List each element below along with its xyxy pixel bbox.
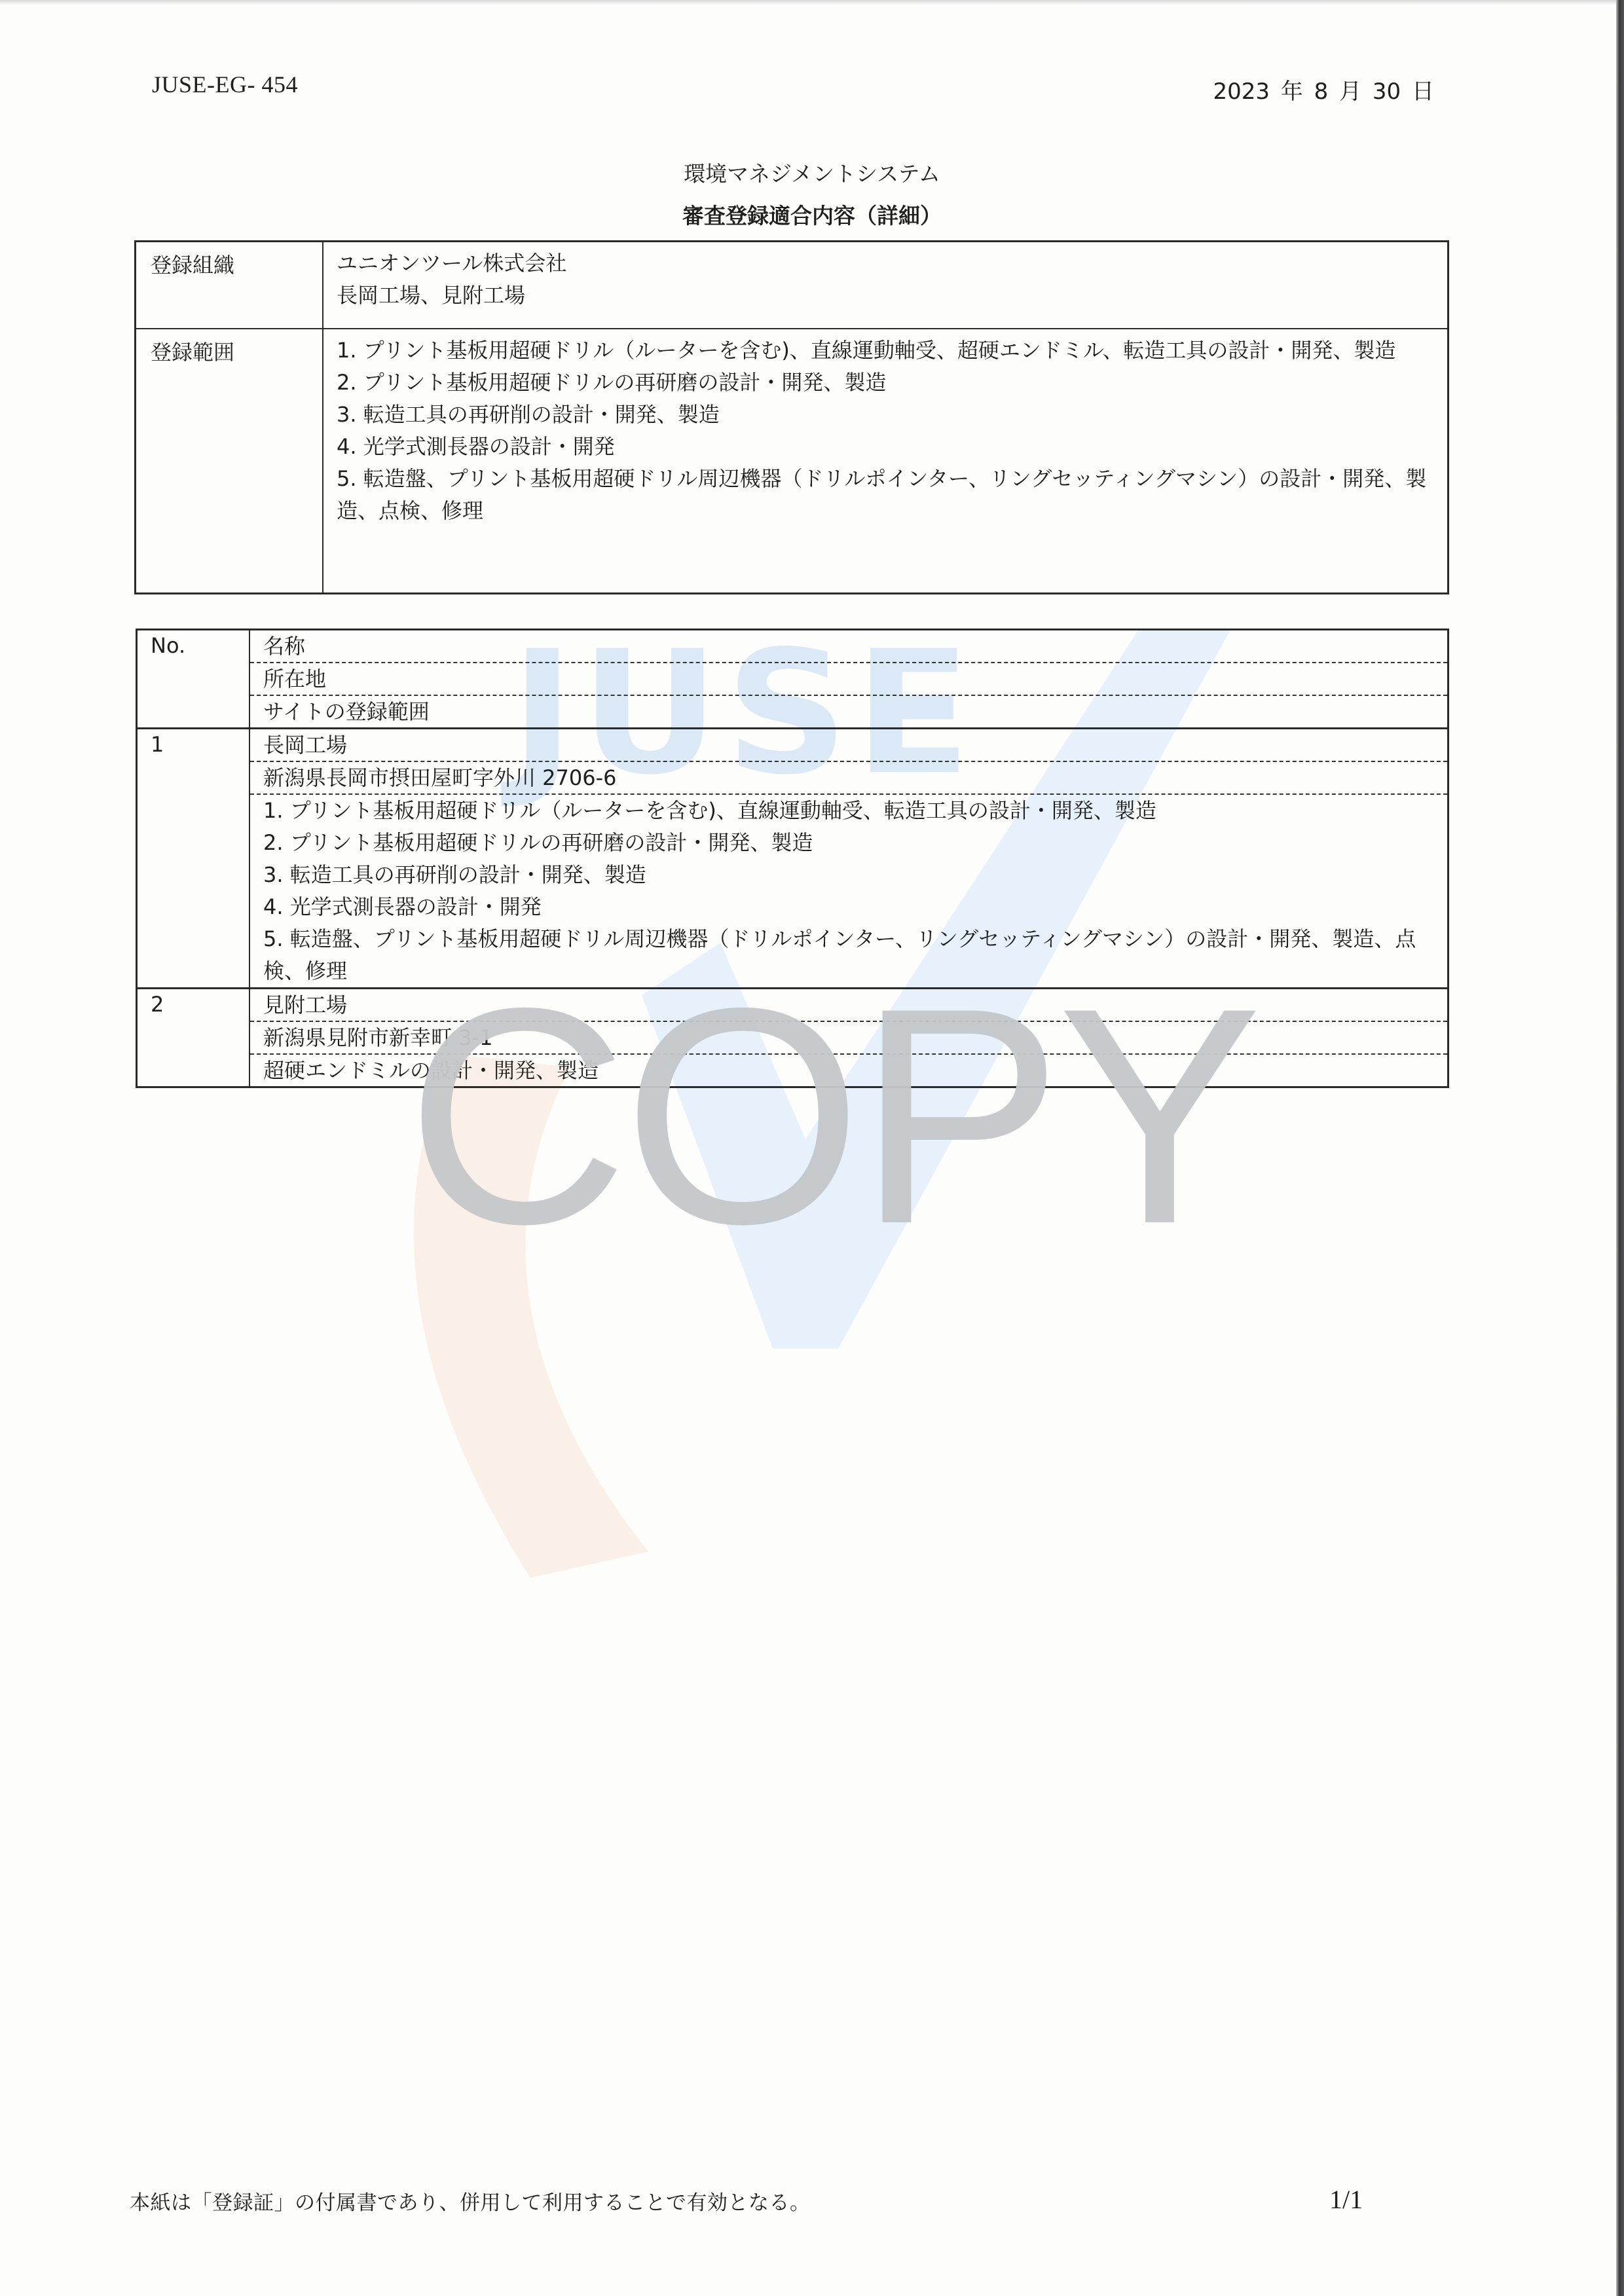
scope-line: 5. 転造盤、プリント基板用超硬ドリル周辺機器（ドリルポインター、リングセッティ… — [337, 463, 1441, 527]
page-subtitle: 審査登録適合内容（詳細） — [0, 199, 1624, 230]
sites-header-row: No. 名称 所在地 サイトの登録範囲 — [137, 630, 1449, 729]
scan-top-shadow — [0, 0, 1624, 5]
page-number: 1/1 — [1329, 2184, 1363, 2215]
scope-value: 1. プリント基板用超硬ドリル（ルーターを含む)、直線運動軸受、超硬エンドミル、… — [323, 329, 1449, 594]
site-scope-line: 5. 転造盤、プリント基板用超硬ドリル周辺機器（ドリルポインター、リングセッティ… — [263, 923, 1447, 987]
site-scope-line: 1. プリント基板用超硬ドリル（ルーターを含む)、直線運動軸受、転造工具の設計・… — [263, 795, 1447, 827]
org-line: ユニオンツール株式会社 — [337, 247, 1441, 280]
scope-line: 4. 光学式測長器の設計・開発 — [337, 431, 1441, 463]
header-location: 所在地 — [250, 663, 1447, 696]
site-location: 新潟県長岡市摂田屋町字外川 2706-6 — [250, 762, 1447, 795]
sites-table: No. 名称 所在地 サイトの登録範囲 1 長岡工場 新潟県長岡市摂田屋町字外川… — [136, 629, 1449, 1088]
site-scope: 1. プリント基板用超硬ドリル（ルーターを含む)、直線運動軸受、転造工具の設計・… — [250, 795, 1447, 987]
header-no: No. — [137, 630, 250, 729]
table-row: 2 見附工場 新潟県見附市新幸町 3-1 超硬エンドミルの設計・開発、製造 — [137, 989, 1449, 1087]
scope-label: 登録範囲 — [136, 329, 323, 594]
scope-line: 1. プリント基板用超硬ドリル（ルーターを含む)、直線運動軸受、超硬エンドミル、… — [337, 335, 1441, 367]
site-name: 長岡工場 — [250, 729, 1447, 762]
org-label: 登録組織 — [136, 242, 323, 329]
page-title: 環境マネジメントシステム — [0, 157, 1624, 188]
header-fields: 名称 所在地 サイトの登録範囲 — [249, 630, 1449, 729]
header-scope: サイトの登録範囲 — [250, 696, 1447, 727]
header-name: 名称 — [250, 630, 1447, 663]
scope-line: 3. 転造工具の再研削の設計・開発、製造 — [337, 399, 1441, 431]
document-date: 2023 年 8 月 30 日 — [1213, 73, 1434, 105]
site-location: 新潟県見附市新幸町 3-1 — [250, 1022, 1447, 1055]
scope-line: 2. プリント基板用超硬ドリルの再研磨の設計・開発、製造 — [337, 367, 1441, 399]
site-scope-line: 4. 光学式測長器の設計・開発 — [263, 891, 1447, 923]
footer-note: 本紙は「登録証」の付属書であり、併用して利用することで有効となる。 — [130, 2186, 811, 2215]
document-id: JUSE-EG- 454 — [152, 71, 298, 98]
site-fields: 見附工場 新潟県見附市新幸町 3-1 超硬エンドミルの設計・開発、製造 — [249, 989, 1449, 1087]
table-row: 1 長岡工場 新潟県長岡市摂田屋町字外川 2706-6 1. プリント基板用超硬… — [137, 729, 1449, 989]
org-value: ユニオンツール株式会社 長岡工場、見附工場 — [323, 242, 1449, 329]
site-scope-line: 2. プリント基板用超硬ドリルの再研磨の設計・開発、製造 — [263, 827, 1447, 859]
table-row-scope: 登録範囲 1. プリント基板用超硬ドリル（ルーターを含む)、直線運動軸受、超硬エ… — [136, 329, 1449, 594]
site-name: 見附工場 — [250, 989, 1447, 1022]
org-line: 長岡工場、見附工場 — [337, 280, 1441, 312]
site-fields: 長岡工場 新潟県長岡市摂田屋町字外川 2706-6 1. プリント基板用超硬ドリ… — [249, 729, 1449, 989]
site-scope: 超硬エンドミルの設計・開発、製造 — [250, 1055, 1447, 1086]
site-no: 1 — [137, 729, 250, 989]
site-scope-line: 3. 転造工具の再研削の設計・開発、製造 — [263, 859, 1447, 891]
scan-edge — [1616, 0, 1624, 2296]
registration-table: 登録組織 ユニオンツール株式会社 長岡工場、見附工場 登録範囲 1. プリント基… — [134, 240, 1449, 594]
seal-watermark-icon — [373, 1015, 740, 1604]
site-no: 2 — [137, 989, 250, 1087]
table-row-organization: 登録組織 ユニオンツール株式会社 長岡工場、見附工場 — [136, 242, 1449, 329]
